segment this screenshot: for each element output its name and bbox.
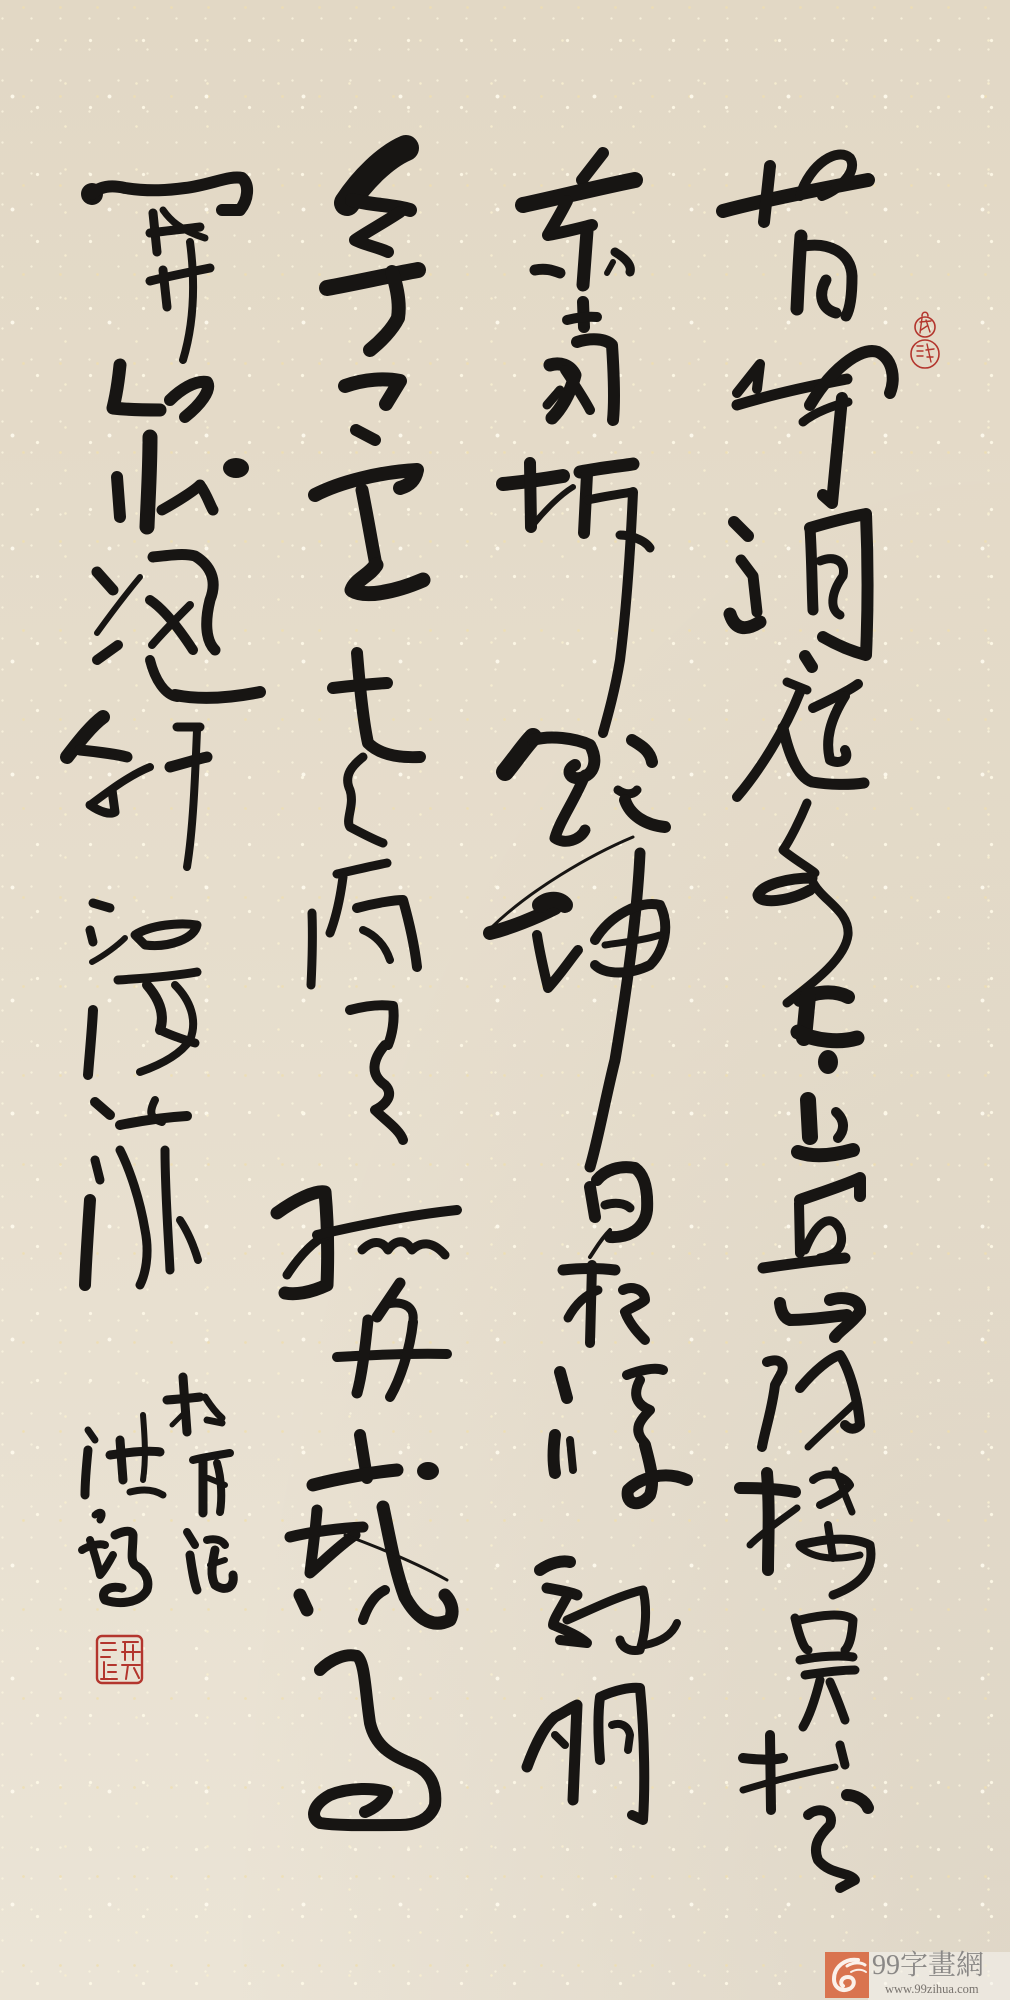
column-2-glyphs	[490, 153, 687, 1820]
glyph-yang	[762, 1355, 860, 1447]
glyph-ma	[314, 1655, 435, 1825]
glyph-nan	[547, 302, 614, 420]
glyph-kun	[490, 853, 665, 1167]
glyph-dong	[730, 514, 868, 655]
watermark-brand: 99字畫網	[872, 1950, 984, 1982]
square-seal	[97, 1636, 142, 1683]
glyph-yi-zi	[315, 379, 423, 593]
glyph-qin	[540, 1561, 677, 1650]
glyph-wu	[795, 1615, 855, 1727]
glyph-chu	[743, 1735, 868, 1888]
glyph-bing	[311, 863, 417, 985]
watermark: 99字畫網 www.99zihua.com	[822, 1948, 1010, 2000]
glyph-ti-si	[88, 903, 197, 1075]
glyph-wu-none	[327, 148, 418, 350]
glyph-shang	[798, 1100, 853, 1155]
calligraphy-ink-layer	[0, 0, 1010, 2000]
glyph-shui	[758, 803, 848, 1003]
glyph-xuan	[67, 717, 207, 867]
column-1-glyphs	[723, 155, 893, 1888]
glyph-ye	[563, 1265, 645, 1343]
column-3-glyphs	[277, 148, 457, 1825]
glyph-ping	[97, 554, 260, 697]
glyph-liu	[85, 1100, 198, 1285]
99zihua-logo-icon	[825, 1952, 869, 1998]
glyph-fu	[554, 1369, 688, 1503]
glyph-shan	[113, 365, 208, 417]
signature-glyphs	[82, 1415, 163, 1603]
glyph-che	[503, 463, 650, 733]
glyph-yue	[763, 1178, 860, 1337]
watermark-url: www.99zihua.com	[885, 1982, 979, 1996]
gourd-seal	[911, 312, 939, 368]
glyph-rong	[290, 1435, 452, 1623]
column-4-glyphs	[67, 177, 260, 1285]
calligraphy-artwork: 昔聞洞庭水今上岳陽樓吳楚 東南坼乾坤日夜浮親朋 無一字老病有孤舟戎馬 關山北憑軒…	[0, 0, 1010, 2000]
glyph-lou	[740, 1470, 871, 1595]
glyph-jin	[798, 992, 857, 1074]
inscription-glyphs	[167, 1377, 233, 1590]
glyph-peng	[527, 1688, 644, 1820]
glyph-lao	[333, 653, 420, 843]
glyph-gu	[277, 1192, 457, 1294]
glyph-ting	[737, 656, 864, 797]
glyph-guan	[81, 177, 247, 360]
glyph-you	[350, 1005, 403, 1140]
glyph-xi	[723, 155, 868, 316]
glyph-dong-east	[523, 153, 635, 285]
glyph-bei	[117, 437, 249, 527]
glyph-ri	[590, 1167, 647, 1257]
glyph-zhou	[337, 1283, 447, 1397]
glyph-wen	[737, 351, 893, 503]
